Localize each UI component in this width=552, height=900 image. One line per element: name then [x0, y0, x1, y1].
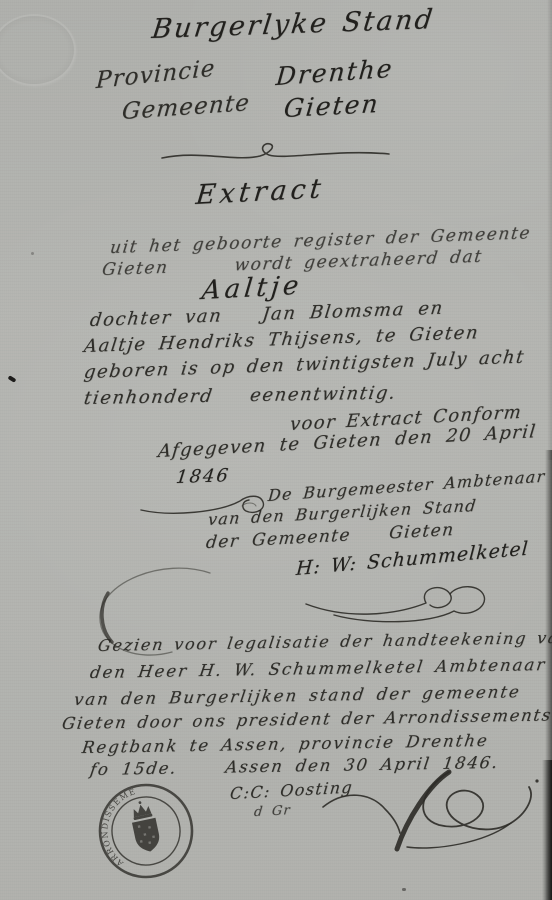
legalisation-line-3: van den Burgerlijken stand der gemeente [73, 684, 522, 708]
crown-icon [130, 799, 152, 820]
civil-registry-extract-document: Burgerlyke Stand Provincie Drenthe Gemee… [0, 0, 552, 900]
court-stamp: ARRONDISSEMENTS REGTBANK • ASSEN • [87, 772, 206, 891]
province-label: Provincie [95, 57, 216, 93]
child-name: Aaltje [201, 273, 304, 304]
body-line-6: tienhonderd eenentwintig. [83, 385, 398, 408]
blind-embossed-seal [0, 14, 76, 86]
extract-title: Extract [195, 175, 326, 209]
municipality-value: Gieten [283, 91, 381, 121]
ink-speck [31, 252, 34, 255]
municipality-label: Gemeente [121, 92, 251, 124]
shield-icon [132, 818, 162, 854]
ink-speck [8, 375, 17, 383]
ink-speck [402, 888, 406, 891]
legalisation-line-5: Regtbank te Assen, provincie Drenthe [81, 733, 490, 757]
signature-flourish-icon [300, 582, 510, 628]
registry-heading: Burgerlyke Stand [150, 6, 436, 43]
president-paraph-signature-icon [315, 765, 545, 860]
clerk-title: d Gr [253, 804, 291, 819]
scan-edge-shadow [547, 0, 552, 460]
legalisation-line-4: Gieten door ons president der Arrondisse… [61, 707, 552, 732]
divider-flourish-icon [158, 138, 393, 170]
province-value: Drenthe [275, 56, 395, 89]
